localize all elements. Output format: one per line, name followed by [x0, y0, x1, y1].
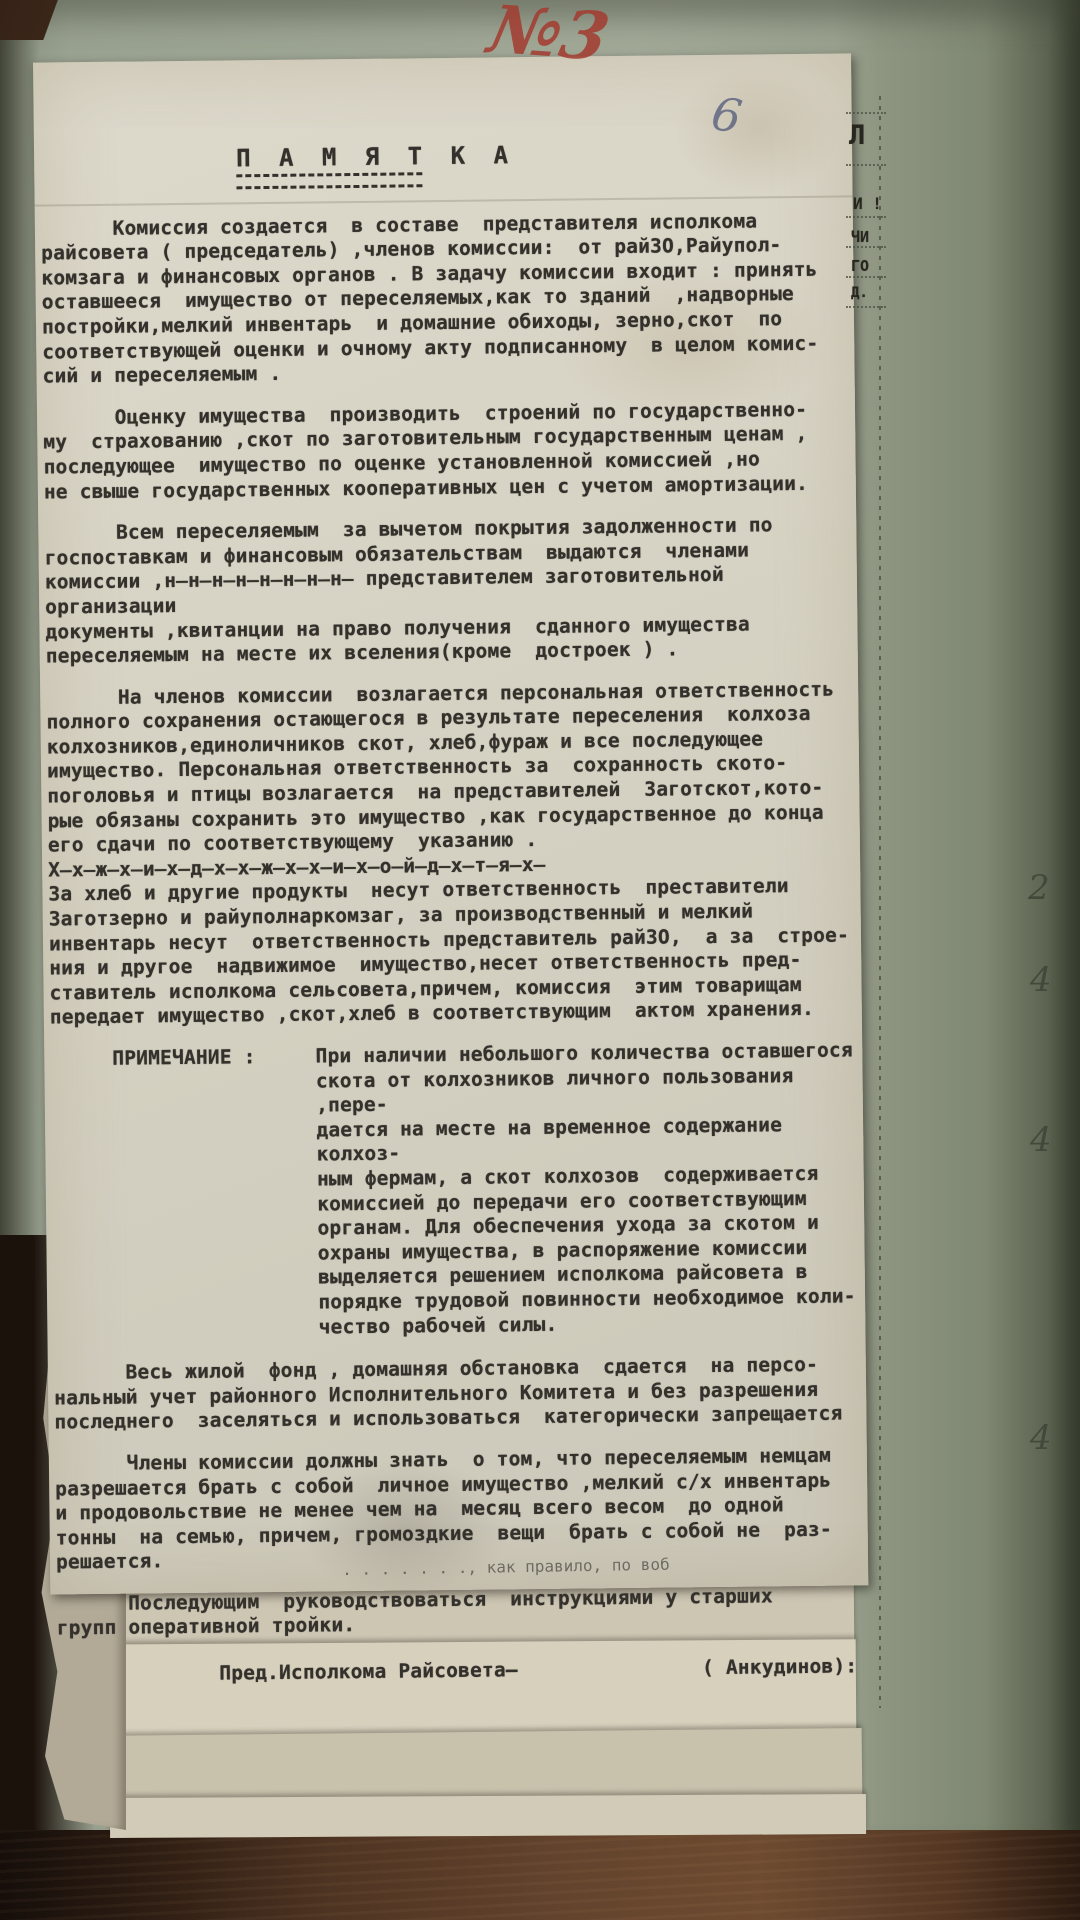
margin-dotted-rule — [879, 96, 881, 1708]
paragraph-3: Всем переселяемым за вычетом покрытия за… — [44, 513, 854, 670]
margin-handwritten-number: 4 — [1030, 960, 1052, 1000]
paragraph-7: Последующим руководствоваться инструкция… — [56, 1583, 865, 1641]
margin-rule — [846, 306, 886, 308]
margin-rule — [846, 216, 886, 218]
note-text: При наличии небольшого количества оставш… — [315, 1038, 861, 1339]
title-underline — [236, 172, 422, 189]
margin-rule — [846, 246, 886, 248]
paragraph-4: На членов комиссии возлагается персональ… — [46, 677, 858, 1030]
margin-letter: Л — [849, 120, 865, 151]
margin-fragment: ГО — [851, 257, 869, 275]
typed-text-block: П А М Я Т К А Комиссия создается в соста… — [33, 53, 869, 1688]
note-label: ПРИМЕЧАНИЕ : — [112, 1045, 259, 1342]
paragraph-1: Комиссия создается в составе представите… — [41, 208, 851, 389]
document-page: П А М Я Т К А Комиссия создается в соста… — [33, 53, 868, 1594]
paragraph-5: Весь жилой фонд , домашняя обстановка сд… — [54, 1352, 863, 1435]
document-title: П А М Я Т К А — [236, 144, 436, 171]
handwritten-number-red: №3 — [482, 0, 616, 76]
under-sheet-edge — [110, 1794, 866, 1838]
margin-handwritten-number: 4 — [1030, 1418, 1052, 1458]
margin-rule — [846, 112, 886, 114]
table-corner — [0, 0, 78, 40]
margin-fragment: ЧИ — [851, 228, 869, 246]
margin-rule — [846, 164, 886, 166]
title-block: П А М Я Т К А — [236, 144, 436, 189]
margin-rule — [846, 276, 886, 278]
signature-position: Пред.Исполкома Райсовета– — [219, 1658, 518, 1686]
paragraph-2: Оценку имущества производить строений по… — [43, 397, 852, 505]
signature-name: ( Анкудинов): — [702, 1654, 858, 1680]
wood-grain — [0, 1830, 1080, 1920]
margin-fragment: И ! — [853, 194, 882, 213]
note-block: ПРИМЕЧАНИЕ : При наличии небольшого коли… — [50, 1038, 861, 1342]
margin-fragment: Д. — [851, 285, 868, 301]
margin-handwritten-number: 2 — [1028, 868, 1050, 908]
margin-handwritten-number: 4 — [1030, 1120, 1052, 1160]
paragraph-6: Члены комиссии должны знать о том, что п… — [55, 1443, 864, 1575]
